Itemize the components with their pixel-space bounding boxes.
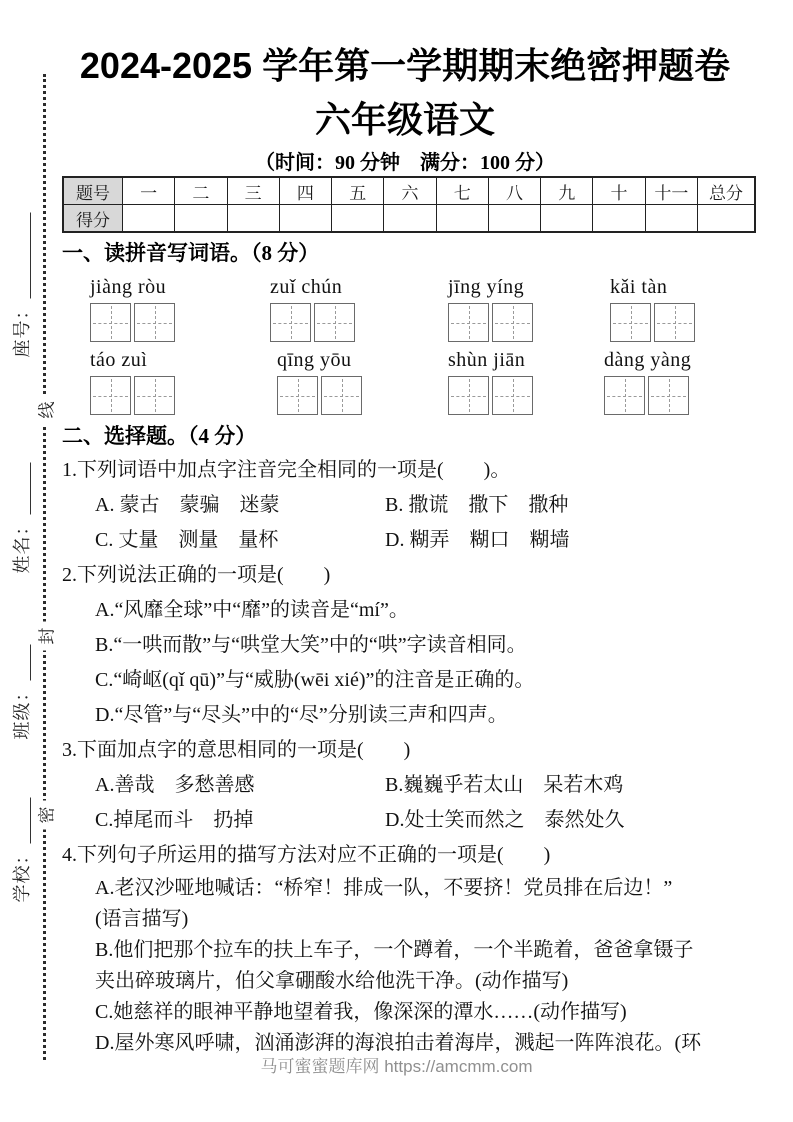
writing-grid [90, 303, 175, 342]
writing-grid [270, 303, 355, 342]
question-4-stem: 4.下列句子所运用的描写方法对应不正确的一项是( ) [62, 838, 764, 873]
option-b-line1: B.他们把那个拉车的扶上车子，一个蹲着，一个半跪着，爸爸拿镊子 [62, 935, 764, 966]
option-a-line2: (语言描写) [62, 904, 764, 935]
tianzige-box [270, 303, 311, 342]
class-blank [12, 645, 31, 681]
score-table-col: 二 [175, 177, 227, 205]
score-cell [488, 205, 540, 233]
seat-number-field: 座号： [8, 213, 34, 358]
pinyin-word-group: jīng yíng [448, 272, 533, 342]
tianzige-box [648, 376, 689, 415]
score-cell [175, 205, 227, 233]
score-table-col: 三 [227, 177, 279, 205]
section-1: 一、读拼音写词语。（8 分） jiàng ròu zuǐ chún jīng y… [62, 236, 762, 418]
score-table: 题号 一 二 三 四 五 六 七 八 九 十 十一 总分 得分 [62, 176, 756, 233]
score-table-col: 四 [279, 177, 331, 205]
option-b: B.“一哄而散”与“哄堂大笑”中的“哄”字读音相同。 [62, 628, 764, 663]
option-b-line2: 夹出碎玻璃片，伯父拿硼酸水给他洗干净。(动作描写) [62, 966, 764, 997]
class-field: 班级： [8, 645, 34, 740]
tianzige-box [134, 303, 175, 342]
exam-title-line2: 六年级语文 [55, 92, 755, 143]
writing-grid [448, 376, 533, 415]
score-cell [384, 205, 436, 233]
section-1-heading: 一、读拼音写词语。（8 分） [62, 236, 762, 270]
score-table-total-col: 总分 [698, 177, 756, 205]
tianzige-box [492, 303, 533, 342]
score-cell [279, 205, 331, 233]
class-label: 班级： [12, 683, 32, 740]
score-table-col: 八 [488, 177, 540, 205]
pinyin-word-group: kǎi tàn [610, 272, 695, 342]
option-a: A. 蒙古 蒙骗 迷蒙 [95, 488, 385, 523]
exam-time-score-info: （时间：90 分钟 满分：100 分） [55, 146, 755, 175]
pinyin-label: qīng yōu [277, 345, 362, 375]
pinyin-label: dàng yàng [604, 345, 691, 375]
pinyin-label: jīng yíng [448, 272, 533, 302]
score-table-col: 一 [123, 177, 175, 205]
score-cell [698, 205, 756, 233]
writing-grid [277, 376, 362, 415]
score-table-col: 十一 [645, 177, 697, 205]
pinyin-label: zuǐ chún [270, 272, 355, 302]
section-2-heading: 二、选择题。（4 分） [62, 420, 764, 453]
pinyin-word-group: dàng yàng [604, 345, 691, 415]
tianzige-box [321, 376, 362, 415]
student-name-label: 姓名： [12, 517, 32, 574]
seat-number-blank [12, 213, 31, 299]
exam-paper-page: 座号： 线 姓名： 封 班级： 密 学校： 2024-2025 学年第一学期期末… [0, 0, 793, 1122]
writing-grid [90, 376, 175, 415]
question-3-options: A.善哉 多愁善感 B.巍巍乎若太山 呆若木鸡 C.掉尾而斗 扔掉 D.处士笑而… [62, 768, 764, 838]
tianzige-box [90, 376, 131, 415]
student-name-blank [12, 463, 31, 515]
tianzige-box [314, 303, 355, 342]
tianzige-box [90, 303, 131, 342]
score-table-col: 九 [541, 177, 593, 205]
tianzige-box [610, 303, 651, 342]
option-d: D. 糊弄 糊口 糊墙 [385, 523, 764, 558]
tianzige-box [448, 303, 489, 342]
seal-dotted-line [43, 74, 46, 1060]
school-field: 学校： [8, 798, 34, 903]
pinyin-word-group: jiàng ròu [90, 272, 175, 342]
option-d: D.处士笑而然之 泰然处久 [385, 803, 764, 838]
tianzige-box [134, 376, 175, 415]
score-cell [227, 205, 279, 233]
option-a-line1: A.老汉沙哑地喊话：“桥窄！排成一队，不要挤！党员排在后边！” [62, 873, 764, 904]
score-row-label-cell: 得分 [63, 205, 123, 233]
option-c: C.掉尾而斗 扔掉 [95, 803, 385, 838]
pinyin-label: táo zuì [90, 345, 175, 375]
score-table-col: 十 [593, 177, 645, 205]
score-table-col: 七 [436, 177, 488, 205]
option-a: A.“风靡全球”中“靡”的读音是“mí”。 [62, 593, 764, 628]
tianzige-box [277, 376, 318, 415]
seat-number-label: 座号： [12, 301, 32, 358]
score-cell [436, 205, 488, 233]
question-1-options: A. 蒙古 蒙骗 迷蒙 B. 撒谎 撒下 撒种 C. 丈量 测量 量杯 D. 糊… [62, 488, 764, 558]
exam-title-line1: 2024-2025 学年第一学期期末绝密押题卷 [55, 38, 755, 89]
section-2: 二、选择题。（4 分） 1.下列词语中加点字注音完全相同的一项是( )。 A. … [62, 420, 764, 1059]
score-cell [123, 205, 175, 233]
pinyin-word-group: shùn jiān [448, 345, 533, 415]
score-cell [332, 205, 384, 233]
option-b: B. 撒谎 撒下 撒种 [385, 488, 764, 523]
pinyin-row-1: jiàng ròu zuǐ chún jīng yíng kǎi tàn [62, 272, 762, 345]
score-table-score-row: 得分 [63, 205, 755, 233]
pinyin-label: kǎi tàn [610, 272, 695, 302]
option-c: C. 丈量 测量 量杯 [95, 523, 385, 558]
writing-grid [448, 303, 533, 342]
question-3-stem: 3.下面加点字的意思相同的一项是( ) [62, 733, 764, 768]
pinyin-row-2: táo zuì qīng yōu shùn jiān dàng yàng [62, 345, 762, 418]
source-watermark: 马可蜜蜜题库网 https://amcmm.com [0, 1052, 793, 1077]
seal-char-xian: 线 [33, 396, 58, 425]
score-cell [645, 205, 697, 233]
option-a: A.善哉 多愁善感 [95, 768, 385, 803]
score-table-col: 六 [384, 177, 436, 205]
option-c: C.“崎岖(qǐ qū)”与“威胁(wēi xié)”的注音是正确的。 [62, 663, 764, 698]
school-label: 学校： [12, 846, 32, 903]
seal-char-feng: 封 [33, 622, 58, 651]
option-d: D.“尽管”与“尽头”中的“尽”分别读三声和四声。 [62, 698, 764, 733]
writing-grid [604, 376, 691, 415]
pinyin-word-group: táo zuì [90, 345, 175, 415]
option-b: B.巍巍乎若太山 呆若木鸡 [385, 768, 764, 803]
pinyin-word-group: qīng yōu [277, 345, 362, 415]
school-blank [12, 798, 31, 844]
pinyin-word-group: zuǐ chún [270, 272, 355, 342]
writing-grid [610, 303, 695, 342]
question-1-stem: 1.下列词语中加点字注音完全相同的一项是( )。 [62, 453, 764, 488]
score-table-corner-cell: 题号 [63, 177, 123, 205]
tianzige-box [654, 303, 695, 342]
pinyin-label: shùn jiān [448, 345, 533, 375]
option-c: C.她慈祥的眼神平静地望着我，像深深的潭水……(动作描写) [62, 997, 764, 1028]
score-table-header-row: 题号 一 二 三 四 五 六 七 八 九 十 十一 总分 [63, 177, 755, 205]
pinyin-label: jiàng ròu [90, 272, 175, 302]
question-2-stem: 2.下列说法正确的一项是( ) [62, 558, 764, 593]
tianzige-box [492, 376, 533, 415]
student-name-field: 姓名： [8, 463, 34, 574]
seal-char-mi: 密 [33, 801, 58, 830]
tianzige-box [448, 376, 489, 415]
score-table-col: 五 [332, 177, 384, 205]
score-cell [593, 205, 645, 233]
tianzige-box [604, 376, 645, 415]
score-cell [541, 205, 593, 233]
